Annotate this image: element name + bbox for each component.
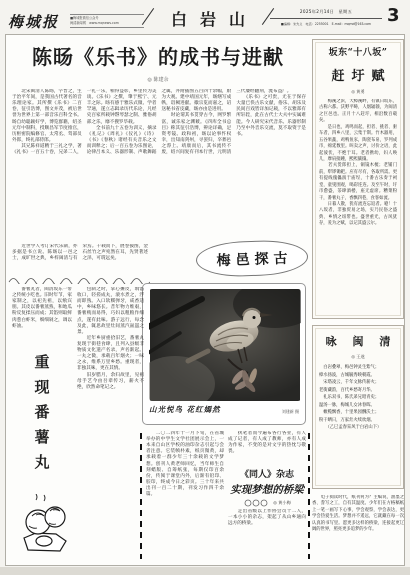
- tongren-right-column: 执笔者而今遍布各行各业，有人成了记者，有人成了教师，亦有人成为作家，不变的是对文…: [228, 431, 306, 559]
- article-tongren: 二〇二四年十一月下旬，在省城举办的中学生文学社团展示会上，一本来自山区学校的油印…: [146, 431, 306, 559]
- masthead-subtext: ■梅城报微信公众号 闽清新闻网 www.mqnews.com: [70, 14, 144, 28]
- column-label-meiyi-tangu: 梅邑探古: [195, 239, 308, 278]
- fanshuwan-text-2: 包制之时，掌心摊皮，填馅收口，轻搓成丸，滚水煮之，浮而即熟。入口软糯弹牙，咸香适…: [77, 287, 144, 561]
- column-rule-right: [308, 433, 310, 559]
- main-article-title: 陈旸《乐书》的成书与进献: [10, 41, 306, 70]
- section-title: 白岩山: [152, 7, 264, 30]
- tongren-left-column: 二〇二四年十一月下旬，在省城举办的中学生文学社团展示会上，一本来自山区学校的油印…: [146, 431, 224, 559]
- tongren-text-top: 执笔者而今遍布各行各业，有人成了记者，有人成了教师，亦有人成为作家，不变的是对文…: [228, 431, 306, 464]
- scallop-divider: [8, 275, 150, 284]
- tongren-title-line2: 实现梦想的桥梁: [228, 482, 306, 497]
- yongminqing-title: 咏 闽 清: [319, 333, 397, 349]
- tongren-title-line1: 《同人》杂志: [228, 467, 306, 480]
- tongren-author: ◎ 黄小梅: [273, 500, 291, 506]
- bird-photo: [149, 289, 301, 401]
- article-yongminqing: 咏 闽 清 ◎ 王遂 白岩叠翠，梅邑钟灵生紫气； 樟水扬波，古城毓秀映朝霞。 宋…: [312, 325, 404, 489]
- ganxufu-title-line2: 赶圩赋: [319, 65, 397, 84]
- newspaper-page: 梅城报 ■梅城报微信公众号 闽清新闻网 www.mqnews.com 白岩山 2…: [0, 0, 410, 575]
- tongren-text-bottom: 走出省级以上作协会员十二人，一本小小的杂志，架起了从山乡通向远方的桥梁。: [228, 509, 306, 559]
- fanshuwan-left-column: 番薯丸者，闽清坂东一带之传统小吃也。旧时年节，家家制之，以祀先祖，以飨宾朋。其皮…: [12, 287, 72, 563]
- fanshuwan-vertical-title: 重现番薯丸: [32, 354, 53, 492]
- masthead-title: 梅城报: [8, 11, 59, 32]
- yongminqing-author: ◎ 王遂: [319, 354, 397, 360]
- date-line: 2025年2月14日 星期五: [270, 9, 382, 15]
- fanshuwan-right-column: 包制之时，掌心摊皮，填馅收口，轻搓成丸，滚水煮之，浮而即熟。入口软糯弹牙，咸香适…: [77, 287, 144, 563]
- article-fanshuwan: 番薯丸者，闽清坂东一带之传统小吃也。旧时年节，家家制之，以祀先祖，以飨宾朋。其皮…: [12, 287, 144, 563]
- fanshuwan-text-1: 番薯丸者，闽清坂东一带之传统小吃也。旧时年节，家家制之，以祀先祖，以飨宾朋。其皮…: [12, 287, 72, 349]
- ganxufu-title-line1: 坂东“十八坂”: [319, 45, 397, 58]
- tongren-continuation: 电子阅读时代，纸刊何为？主编说，油墨之香、誊写之工，自有其温度。少年们在方格稿纸…: [312, 495, 404, 559]
- dumpling-illustration: [14, 494, 70, 554]
- flourish-ornament: [243, 499, 269, 507]
- photo-credit: 刘建新 摄: [282, 409, 299, 415]
- header-info-block: 2025年2月14日 星期五 ■编辑：朱先义 电话：2255001 E-mail…: [270, 9, 382, 26]
- editor-line: ■编辑：朱先义 电话：2255001 E-mail：mqmd@163.com: [270, 18, 382, 26]
- main-article-body: 北宋闽清人陈旸，字晋之，生于治平年间，是我国古代著名的音乐理论家。其所撰《乐书》…: [12, 89, 306, 241]
- main-article-author: ◎ 陈建余: [10, 76, 306, 83]
- photo-caption: 山光悦鸟 花红嫣然: [149, 404, 221, 415]
- ganxufu-body: 梅溪之滨，大樟溪畔，有镇曰坂东，古称六都。沃野平畴，人烟辐辏，为闽清之巨邑也。正…: [319, 99, 397, 311]
- yongminqing-poem: 白岩叠翠，梅邑钟灵生紫气； 樟水扬波，古城毓秀映朝霞。 宋塔凌云，千年文脉传薪火…: [319, 364, 397, 488]
- ganxufu-author: ◎ 黄勇: [319, 89, 397, 95]
- article-ganxufu: 坂东“十八坂” 赶圩赋 ◎ 黄勇 梅溪之滨，大樟溪畔，有镇曰坂东，古称六都。沃野…: [312, 39, 404, 319]
- photo-block: 山光悦鸟 花红嫣然 刘建新 摄: [142, 283, 306, 425]
- column-rule-left: [140, 433, 142, 559]
- page-number: 3: [387, 5, 400, 26]
- photo-caption-row: 山光悦鸟 花红嫣然 刘建新 摄: [149, 404, 299, 415]
- main-article-continuation: 近世学人考订宋代乐制，亦多据是书立说。陈旸以一邑之士，成旷世之典，乡梓闽清与有荣…: [12, 244, 148, 274]
- content-frame: 陈旸《乐书》的成书与进献 ◎ 陈建余 北宋闽清人陈旸，字晋之，生于治平年间，是我…: [5, 34, 405, 566]
- tongren-meta-row: ◎ 黄小梅: [228, 499, 306, 507]
- page-bottom-edge: [0, 567, 410, 575]
